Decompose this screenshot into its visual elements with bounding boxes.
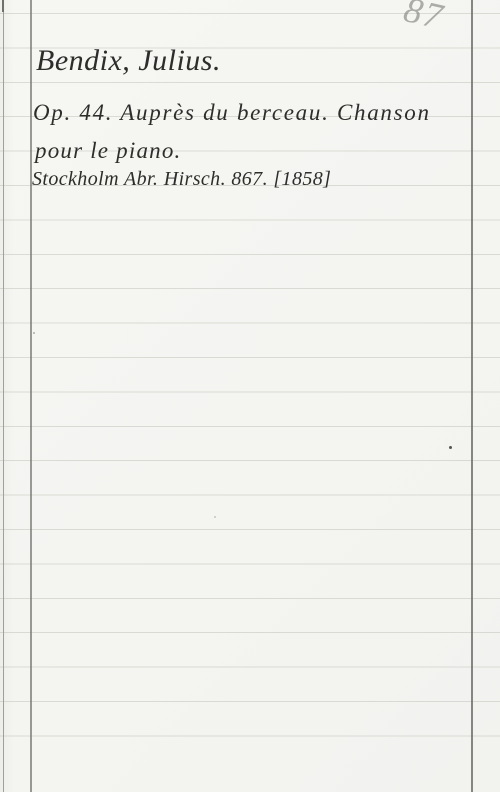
right-margin-line (471, 0, 473, 792)
outer-left-edge-line (3, 0, 4, 792)
scanned-ledger-page: 87 Bendix, Julius. Op. 44. Auprès du ber… (0, 0, 500, 792)
ink-speck (33, 332, 35, 334)
pencil-page-number: 87 (400, 0, 449, 39)
ink-speck (449, 446, 452, 449)
entry-title-line-1: Op. 44. Auprès du berceau. Chanson (33, 98, 431, 128)
entry-heading-composer: Bendix, Julius. (36, 44, 221, 78)
entry-imprint: Stockholm Abr. Hirsch. 867. [1858] (32, 165, 331, 193)
left-margin-line (30, 0, 32, 792)
ink-speck (214, 516, 216, 518)
top-left-edge-mark (2, 0, 4, 12)
entry-title-line-2: pour le piano. (35, 136, 182, 166)
